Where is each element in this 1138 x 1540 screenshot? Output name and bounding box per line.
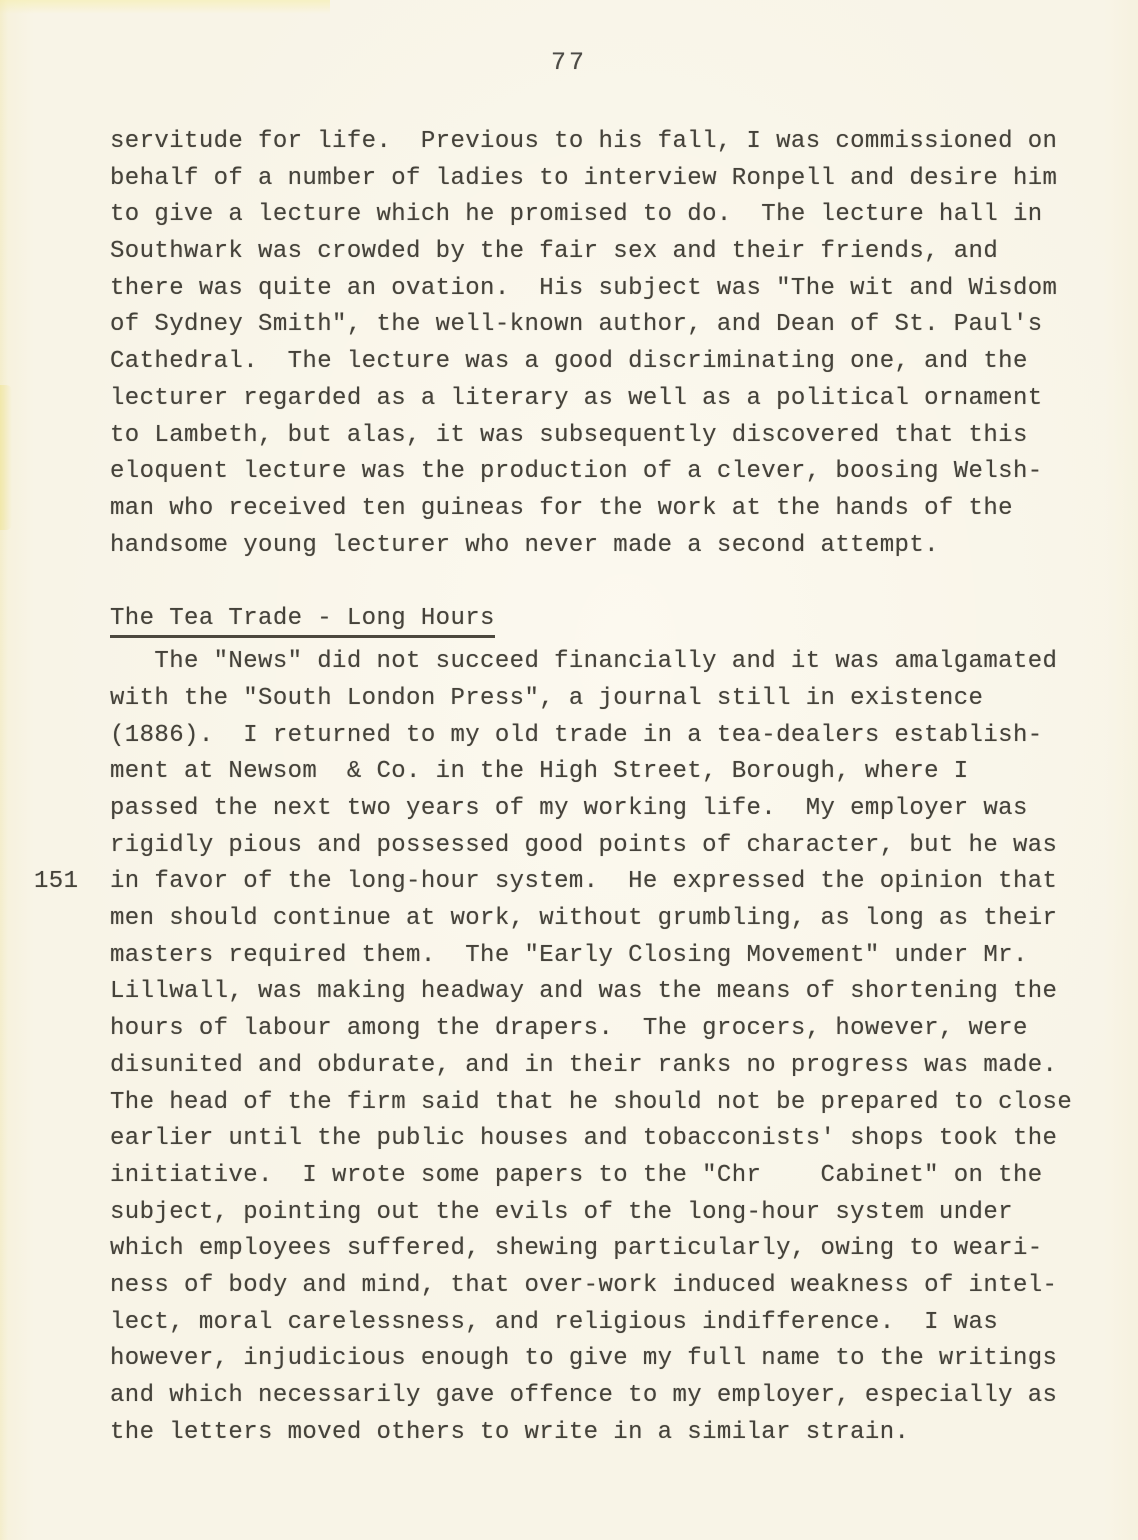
text-line: subject, pointing out the evils of the l…	[110, 1195, 1090, 1232]
text-line: Lillwall, was making headway and was the…	[110, 974, 1090, 1011]
text-line: (1886). I returned to my old trade in a …	[110, 718, 1090, 755]
text-line: and which necessarily gave offence to my…	[110, 1378, 1090, 1415]
text-line: Cathedral. The lecture was a good discri…	[110, 344, 1090, 381]
text-line: The head of the firm said that he should…	[110, 1085, 1090, 1122]
text-line: masters required them. The "Early Closin…	[110, 938, 1090, 975]
text-line: ment at Newsom & Co. in the High Street,…	[110, 754, 1090, 791]
text-line: Southwark was crowded by the fair sex an…	[110, 234, 1090, 271]
text-line: however, injudicious enough to give my f…	[110, 1341, 1090, 1378]
paper-edge-stain-left	[0, 385, 12, 530]
text-line: passed the next two years of my working …	[110, 791, 1090, 828]
text-line: disunited and obdurate, and in their ran…	[110, 1048, 1090, 1085]
text-line: there was quite an ovation. His subject …	[110, 271, 1090, 308]
page-number: 77	[0, 48, 1138, 77]
paragraph-tea-trade: 151 The "News" did not succeed financial…	[110, 644, 1090, 1451]
text-line: lect, moral carelessness, and religious …	[110, 1305, 1090, 1342]
text-line: eloquent lecture was the production of a…	[110, 454, 1090, 491]
text-line: to give a lecture which he promised to d…	[110, 197, 1090, 234]
paper-edge-shade-left	[0, 0, 8, 1540]
text-line: rigidly pious and possessed good points …	[110, 828, 1090, 865]
text-line: handsome young lecturer who never made a…	[110, 528, 1090, 565]
text-line: hours of labour among the drapers. The g…	[110, 1011, 1090, 1048]
section-heading-row: The Tea Trade - Long Hours	[110, 604, 1090, 638]
text-line: in favor of the long-hour system. He exp…	[110, 864, 1090, 901]
text-line: man who received ten guineas for the wor…	[110, 491, 1090, 528]
text-block: servitude for life. Previous to his fall…	[110, 124, 1090, 1451]
margin-note: 151	[34, 864, 78, 901]
text-line: initiative. I wrote some papers to the "…	[110, 1158, 1090, 1195]
text-line: to Lambeth, but alas, it was subsequentl…	[110, 418, 1090, 455]
text-line: lecturer regarded as a literary as well …	[110, 381, 1090, 418]
text-line: men should continue at work, without gru…	[110, 901, 1090, 938]
text-line: servitude for life. Previous to his fall…	[110, 124, 1090, 161]
text-line: earlier until the public houses and toba…	[110, 1121, 1090, 1158]
paragraph-lecture-story: servitude for life. Previous to his fall…	[110, 124, 1090, 564]
text-line: which employees suffered, shewing partic…	[110, 1231, 1090, 1268]
text-line: ness of body and mind, that over-work in…	[110, 1268, 1090, 1305]
text-line: of Sydney Smith", the well-known author,…	[110, 307, 1090, 344]
text-line: the letters moved others to write in a s…	[110, 1415, 1090, 1452]
section-heading: The Tea Trade - Long Hours	[110, 604, 495, 638]
text-line: The "News" did not succeed financially a…	[110, 644, 1090, 681]
text-line: with the "South London Press", a journal…	[110, 681, 1090, 718]
paper-edge-stain-top	[0, 0, 330, 14]
text-line: behalf of a number of ladies to intervie…	[110, 161, 1090, 198]
document-page: 77 servitude for life. Previous to his f…	[0, 0, 1138, 1540]
